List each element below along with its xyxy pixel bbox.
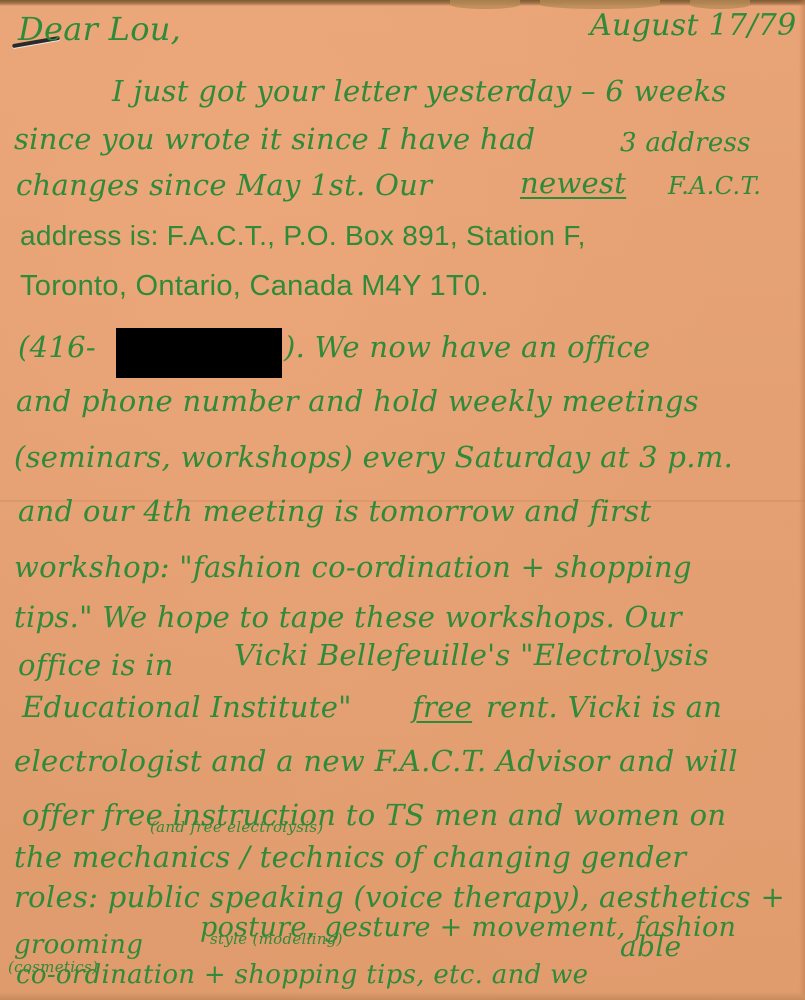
letter-line: 3 address (620, 128, 751, 158)
letter-insertion: style (modelling) (210, 930, 343, 948)
letter-line: rent. Vicki is an (486, 690, 722, 724)
letter-line: and our 4th meeting is tomorrow and firs… (18, 494, 651, 528)
salutation: Dear Lou, (18, 10, 181, 48)
letter-line: roles: public speaking (voice therapy), … (14, 880, 785, 914)
letter-line: (416- (18, 330, 96, 364)
letter-line: workshop: "fashion co-ordination + shopp… (14, 550, 692, 584)
letter-line: tips." We hope to tape these workshops. … (14, 600, 682, 634)
letter-line: office is in (18, 648, 174, 682)
paper-bottom-edge (0, 992, 805, 1000)
letter-line: and phone number and hold weekly meeting… (16, 384, 699, 418)
letter-page: Dear Lou, August 17/79 I just got your l… (0, 0, 805, 1000)
letter-line-underlined: free (412, 690, 472, 724)
letter-line: co-ordination + shopping tips, etc. and … (16, 960, 588, 990)
letter-insertion: (and free electrolysis) (150, 818, 323, 836)
letter-date: August 17/79 (590, 8, 797, 43)
redaction-box (116, 328, 282, 378)
letter-line: Toronto, Ontario, Canada M4Y 1T0. (20, 270, 489, 303)
letter-line: changes since May 1st. Our (16, 168, 432, 202)
letter-line: the mechanics / technics of changing gen… (14, 840, 686, 874)
letter-line: electrologist and a new F.A.C.T. Advisor… (14, 744, 738, 778)
letter-line-underlined: newest (520, 166, 626, 200)
paper-right-edge (799, 0, 805, 1000)
letter-line: Educational Institute" (22, 690, 352, 724)
letter-line: address is: F.A.C.T., P.O. Box 891, Stat… (20, 220, 586, 252)
letter-line: since you wrote it since I have had (14, 122, 535, 156)
trailing-scribble: able (620, 930, 681, 963)
letter-line: I just got your letter yesterday – 6 wee… (112, 74, 727, 108)
letter-line: ). We now have an office (284, 330, 650, 364)
letter-line: grooming (14, 930, 143, 960)
paper-stain (450, 0, 520, 9)
letter-line: F.A.C.T. (668, 172, 761, 200)
letter-line: Vicki Bellefeuille's "Electrolysis (234, 638, 709, 672)
torn-top-edge (0, 0, 805, 6)
letter-line: offer free instruction to TS men and wom… (22, 798, 726, 832)
letter-line: (seminars, workshops) every Saturday at … (14, 440, 733, 474)
